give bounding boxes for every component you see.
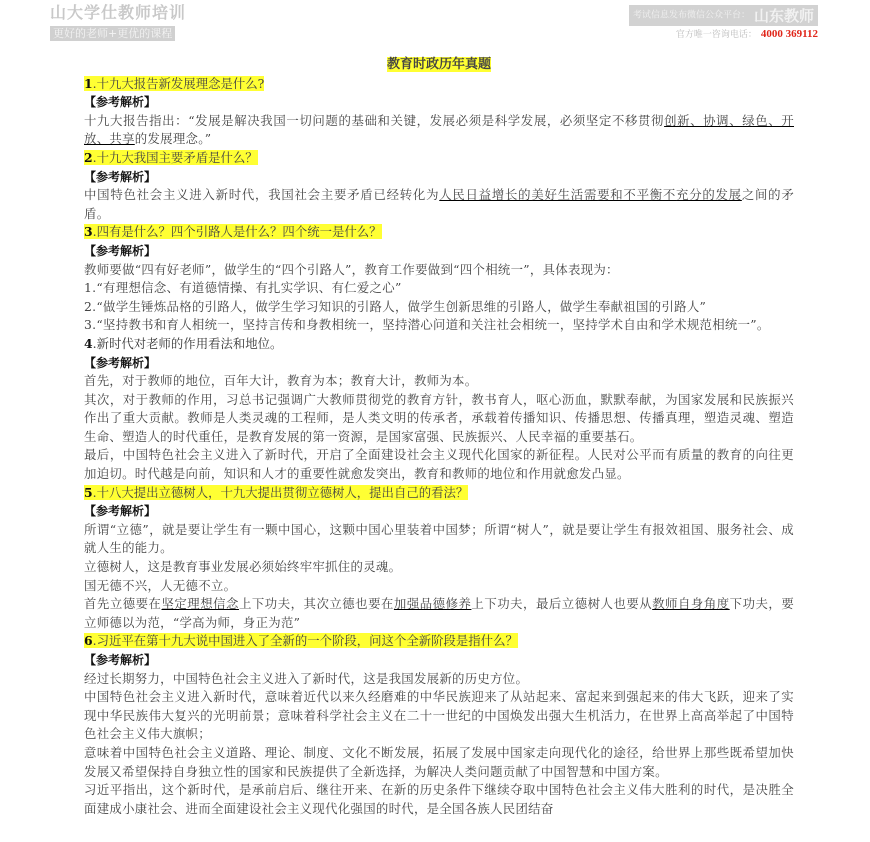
question-number: 5 xyxy=(84,485,93,500)
answer-paragraph: 其次，对于教师的作用，习总书记强调广大教师贯彻党的教育方针，教书育人，呕心沥血，… xyxy=(84,391,794,447)
answer-paragraph: 中国特色社会主义进入新时代，意味着近代以来久经磨难的中华民族迎来了从站起来、富起… xyxy=(84,688,794,744)
answer-paragraph: 最后，中国特色社会主义进入了新时代，开启了全面建设社会主义现代化国家的新征程。人… xyxy=(84,446,794,483)
question-number: 6 xyxy=(84,633,93,648)
phone-label: 官方唯一咨询电话： xyxy=(676,30,757,40)
header-brand: 山大学仕教师培训 更好的老师+更优的课程 xyxy=(50,4,186,41)
answer-text: 十九大报告指出：“发展是解决我国一切问题的基础和关键，发展必须是科学发展，必须坚… xyxy=(84,113,664,128)
question-highlight: 6.习近平在第十九大说中国进入了全新的一个阶段，问这个全新阶段是指什么？ xyxy=(84,633,518,648)
underlined-key-phrase: 人民日益增长的美好生活需要和不平衡不充分的发展 xyxy=(439,187,742,202)
wechat-label: 考试信息发布微信公众平台： xyxy=(633,11,750,21)
question-number: 1 xyxy=(84,76,93,91)
answer-text: 1.“有理想信念、有道德情操、有扎实学识、有仁爱之心” xyxy=(84,280,402,295)
question-highlight: 4.新时代对老师的作用看法和地位。 xyxy=(84,336,282,351)
wechat-banner: 考试信息发布微信公众平台：山东教师 xyxy=(629,5,818,26)
question-heading: 2.十九大我国主要矛盾是什么？ xyxy=(84,149,794,168)
answer-text: 其次，对于教师的作用，习总书记强调广大教师贯彻党的教育方针，教书育人，呕心沥血，… xyxy=(84,392,794,444)
answer-text: 上下功夫，其次立德也要在 xyxy=(239,596,394,611)
wechat-account-name: 山东教师 xyxy=(754,7,814,25)
answer-paragraph: 2.“做学生锤炼品格的引路人，做学生学习知识的引路人，做学生创新思维的引路人，做… xyxy=(84,298,794,317)
reference-answer-label: 【参考解析】 xyxy=(84,168,794,187)
question-heading: 3.四有是什么？四个引路人是什么？四个统一是什么？ xyxy=(84,223,794,242)
answer-paragraph: 3.“坚持教书和育人相统一，坚持言传和身教相统一，坚持潜心问道和关注社会相统一，… xyxy=(84,316,794,335)
question-heading: 1.十九大报告新发展理念是什么? xyxy=(84,75,794,94)
question-text: .新时代对老师的作用看法和地位。 xyxy=(93,336,283,351)
answer-text: 国无德不兴，人无德不立。 xyxy=(84,578,236,593)
answer-text: 中国特色社会主义进入新时代，我国社会主要矛盾已经转化为 xyxy=(84,187,439,202)
question-heading: 5.十八大提出立德树人，十九大提出贯彻立德树人，提出自己的看法？ xyxy=(84,484,794,503)
answer-paragraph: 教师要做“四有好老师”，做学生的“四个引路人”，教育工作要做到“四个相统一”，具… xyxy=(84,261,794,280)
question-section: 1.十九大报告新发展理念是什么?【参考解析】十九大报告指出：“发展是解决我国一切… xyxy=(84,75,794,149)
question-highlight: 2.十九大我国主要矛盾是什么？ xyxy=(84,150,258,165)
answer-paragraph: 习近平指出，这个新时代，是承前启后、继往开来、在新的历史条件下继续夺取中国特色社… xyxy=(84,781,794,818)
brand-title: 山大学仕教师培训 xyxy=(50,4,186,22)
brand-slogan: 更好的老师+更优的课程 xyxy=(50,26,175,41)
answer-text: 的发展理念。” xyxy=(135,131,212,146)
underlined-key-phrase: 教师自身角度 xyxy=(652,596,729,611)
answer-paragraph: 立德树人，这是教育事业发展必须始终牢牢抓住的灵魂。 xyxy=(84,558,794,577)
answer-text: 最后，中国特色社会主义进入了新时代，开启了全面建设社会主义现代化国家的新征程。人… xyxy=(84,447,794,481)
answer-paragraph: 1.“有理想信念、有道德情操、有扎实学识、有仁爱之心” xyxy=(84,279,794,298)
question-text: .习近平在第十九大说中国进入了全新的一个阶段，问这个全新阶段是指什么？ xyxy=(93,633,518,648)
question-text: .十八大提出立德树人，十九大提出贯彻立德树人，提出自己的看法？ xyxy=(93,485,469,500)
question-section: 6.习近平在第十九大说中国进入了全新的一个阶段，问这个全新阶段是指什么？【参考解… xyxy=(84,632,794,818)
answer-paragraph: 意味着中国特色社会主义道路、理论、制度、文化不断发展，拓展了发展中国家走向现代化… xyxy=(84,744,794,781)
document-title-text: 教育时政历年真题 xyxy=(387,57,491,72)
answer-text: 首先立德要在 xyxy=(84,596,161,611)
answer-text: 立德树人，这是教育事业发展必须始终牢牢抓住的灵魂。 xyxy=(84,559,401,574)
reference-answer-label: 【参考解析】 xyxy=(84,651,794,670)
question-highlight: 3.四有是什么？四个引路人是什么？四个统一是什么？ xyxy=(84,224,382,239)
underlined-key-phrase: 加强品德修养 xyxy=(394,596,471,611)
question-number: 4 xyxy=(84,336,93,351)
question-text: .四有是什么？四个引路人是什么？四个统一是什么？ xyxy=(93,224,382,239)
header-contact: 考试信息发布微信公众平台：山东教师 官方唯一咨询电话：4000 369112 xyxy=(629,5,818,41)
phone-line: 官方唯一咨询电话：4000 369112 xyxy=(629,28,818,41)
answer-text: 经过长期努力，中国特色社会主义进入了新时代，这是我国发展新的历史方位。 xyxy=(84,671,528,686)
question-number: 2 xyxy=(84,150,93,165)
answer-paragraph: 中国特色社会主义进入新时代，我国社会主要矛盾已经转化为人民日益增长的美好生活需要… xyxy=(84,186,794,223)
phone-number: 4000 369112 xyxy=(761,28,818,40)
answer-paragraph: 首先立德要在坚定理想信念上下功夫，其次立德也要在加强品德修养上下功夫，最后立德树… xyxy=(84,595,794,632)
answer-text: 上下功夫，最后立德树人也要从 xyxy=(471,596,652,611)
document-body: 教育时政历年真题 1.十九大报告新发展理念是什么?【参考解析】十九大报告指出：“… xyxy=(84,56,794,818)
question-section: 5.十八大提出立德树人，十九大提出贯彻立德树人，提出自己的看法？【参考解析】所谓… xyxy=(84,484,794,633)
document-title: 教育时政历年真题 xyxy=(84,56,794,75)
question-text: .十九大我国主要矛盾是什么？ xyxy=(93,150,258,165)
reference-answer-label: 【参考解析】 xyxy=(84,93,794,112)
answer-paragraph: 所谓“立德”，就是要让学生有一颗中国心，这颗中国心里装着中国梦；所谓“树人”，就… xyxy=(84,521,794,558)
question-section: 4.新时代对老师的作用看法和地位。【参考解析】首先，对于教师的地位，百年大计，教… xyxy=(84,335,794,484)
reference-answer-label: 【参考解析】 xyxy=(84,242,794,261)
answer-text: 2.“做学生锤炼品格的引路人，做学生学习知识的引路人，做学生创新思维的引路人，做… xyxy=(84,299,706,314)
answer-text: 首先，对于教师的地位，百年大计，教育为本；教育大计，教师为本。 xyxy=(84,373,477,388)
question-highlight: 5.十八大提出立德树人，十九大提出贯彻立德树人，提出自己的看法？ xyxy=(84,485,468,500)
question-heading: 4.新时代对老师的作用看法和地位。 xyxy=(84,335,794,354)
answer-text: 所谓“立德”，就是要让学生有一颗中国心，这颗中国心里装着中国梦；所谓“树人”，就… xyxy=(84,522,794,556)
answer-paragraph: 十九大报告指出：“发展是解决我国一切问题的基础和关键，发展必须是科学发展，必须坚… xyxy=(84,112,794,149)
underlined-key-phrase: 坚定理想信念 xyxy=(161,596,238,611)
answer-paragraph: 经过长期努力，中国特色社会主义进入了新时代，这是我国发展新的历史方位。 xyxy=(84,670,794,689)
answer-paragraph: 首先，对于教师的地位，百年大计，教育为本；教育大计，教师为本。 xyxy=(84,372,794,391)
reference-answer-label: 【参考解析】 xyxy=(84,502,794,521)
question-section: 2.十九大我国主要矛盾是什么？【参考解析】中国特色社会主义进入新时代，我国社会主… xyxy=(84,149,794,223)
answer-text: 3.“坚持教书和育人相统一，坚持言传和身教相统一，坚持潜心问道和关注社会相统一，… xyxy=(84,317,770,332)
answer-text: 习近平指出，这个新时代，是承前启后、继往开来、在新的历史条件下继续夺取中国特色社… xyxy=(84,782,794,816)
question-list: 1.十九大报告新发展理念是什么?【参考解析】十九大报告指出：“发展是解决我国一切… xyxy=(84,75,794,819)
answer-text: 中国特色社会主义进入新时代，意味着近代以来久经磨难的中华民族迎来了从站起来、富起… xyxy=(84,689,794,741)
question-section: 3.四有是什么？四个引路人是什么？四个统一是什么？【参考解析】教师要做“四有好老… xyxy=(84,223,794,335)
answer-text: 教师要做“四有好老师”，做学生的“四个引路人”，教育工作要做到“四个相统一”，具… xyxy=(84,262,619,277)
question-text: .十九大报告新发展理念是什么? xyxy=(93,76,265,91)
question-heading: 6.习近平在第十九大说中国进入了全新的一个阶段，问这个全新阶段是指什么？ xyxy=(84,632,794,651)
answer-text: 意味着中国特色社会主义道路、理论、制度、文化不断发展，拓展了发展中国家走向现代化… xyxy=(84,745,794,779)
question-highlight: 1.十九大报告新发展理念是什么? xyxy=(84,76,264,91)
question-number: 3 xyxy=(84,224,93,239)
answer-paragraph: 国无德不兴，人无德不立。 xyxy=(84,577,794,596)
reference-answer-label: 【参考解析】 xyxy=(84,354,794,373)
